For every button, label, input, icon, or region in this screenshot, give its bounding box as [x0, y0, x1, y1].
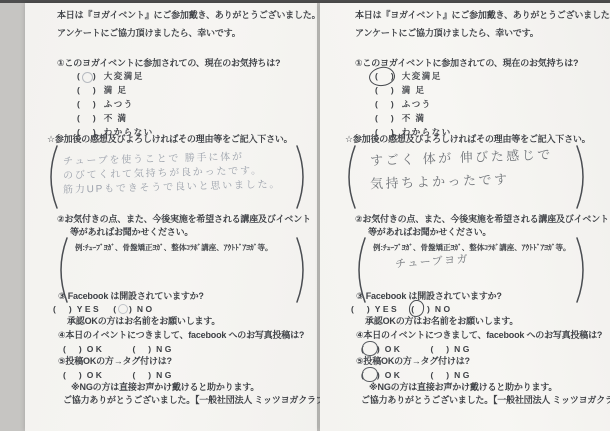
q1-option-neutral: () ふつう	[375, 98, 432, 110]
paren-close: )	[148, 344, 151, 354]
no-label: NO	[137, 304, 155, 314]
option-label: 大変満足	[104, 70, 144, 82]
intro-line-1: 本日は『ヨガイベント』にご参加戴き、ありがとうございました。	[57, 10, 320, 21]
q1-option-satisfied: () 満 足	[375, 84, 426, 96]
option-label: ふつう	[104, 98, 134, 110]
intro-line-1: 本日は『ヨガイベント』にご参加戴き、ありがとうございました。	[355, 10, 610, 21]
comment-bracket-left	[341, 144, 357, 210]
paren-close: )	[129, 304, 132, 314]
question-1-label: ①このヨガイベントに参加されての、現在のお気持ちは?	[57, 58, 280, 69]
ng-label: NG	[454, 370, 472, 380]
q1-option-unsatisfied: () 不 満	[77, 112, 128, 124]
q1-option-unsatisfied: () 不 満	[375, 112, 426, 124]
question-5-label: ⑤投稿OKの方→タグ付けは?	[58, 356, 172, 367]
paren-close: )	[391, 99, 394, 109]
ng-label: NG	[156, 370, 174, 380]
q3-no-selected-circle	[408, 299, 425, 317]
paren-close: )	[148, 370, 151, 380]
q4-ok-ng-row: () OK () NG	[63, 343, 174, 354]
question-4-label: ④本日のイベントにつきまして、facebook へのお写真投稿は?	[356, 330, 602, 341]
paren-close: )	[93, 99, 96, 109]
question-3-label: ③ Facebook は開設されていますか?	[356, 291, 502, 302]
question-3-note: 承認OKの方はお名前をお願いします。	[67, 316, 220, 327]
ng-note: ※NGの方は直接お声かけ戴けると助かります。	[369, 382, 557, 393]
question-3-label: ③ Facebook は開設されていますか?	[58, 291, 204, 302]
option-label: ふつう	[402, 98, 432, 110]
q1-option-very-satisfied: () 大変満足	[77, 70, 144, 82]
option-label: 大変満足	[402, 70, 442, 82]
option-label: 満 足	[402, 84, 426, 96]
paren-close: )	[93, 85, 96, 95]
option-label: 満 足	[104, 84, 128, 96]
q1-selected-circle	[82, 72, 93, 83]
question-2-label-line-2: 等があればお聞かせください。	[368, 227, 491, 238]
q5-ok-selected-circle	[361, 366, 378, 382]
q1-option-satisfied: () 満 足	[77, 84, 128, 96]
intro-line-2: アンケートにご協力頂けましたら、幸いです。	[355, 28, 539, 39]
paren-close: )	[79, 344, 82, 354]
yes-label: YES	[77, 304, 102, 314]
paren-close: )	[69, 304, 72, 314]
ok-label: OK	[87, 344, 105, 354]
question-2-label-line-1: ②お気付きの点、また、今後実施を希望される講座及びイベント	[57, 214, 311, 225]
question-2-label-line-1: ②お気付きの点、また、今後実施を希望される講座及びイベント	[355, 214, 609, 225]
question-2-example: 例:ﾁｭｰﾌﾞﾖｶﾞ、骨盤矯正ﾖｶﾞ、整体ｺﾗﾎﾞ講座、ｱｳﾄﾄﾞｱﾖｶﾞ等。	[373, 242, 571, 253]
survey-page-right: 本日は『ヨガイベント』にご参加戴き、ありがとうございました。 アンケートにご協力…	[320, 3, 610, 431]
q4-ok-selected-circle	[361, 340, 378, 356]
paren-close: )	[391, 85, 394, 95]
ng-label: NG	[156, 344, 174, 354]
q5-ok-ng-row: () OK () NG	[63, 369, 174, 380]
ok-label: OK	[385, 370, 403, 380]
handwritten-comment-line-2: 気持ちよかったです	[370, 169, 510, 193]
no-label: NO	[435, 304, 453, 314]
paren-close: )	[427, 304, 430, 314]
q3-no-selected-circle	[118, 304, 128, 314]
question-2-label-line-2: 等があればお聞かせください。	[70, 227, 193, 238]
q4-ok-ng-row: () OK () NG	[361, 343, 472, 354]
option-label: 不 満	[104, 112, 128, 124]
comment-prompt: ☆参加後の感想及びよろしければその理由等をご記入下さい。	[345, 134, 590, 145]
q3-yes-no-row: () YES () NO	[351, 303, 453, 314]
option-label: 不 満	[402, 112, 426, 124]
paren-close: )	[367, 304, 370, 314]
q1-option-very-satisfied: () 大変満足	[375, 70, 442, 82]
paren-close: )	[446, 344, 449, 354]
example-bracket-right	[575, 236, 591, 304]
closing-line: ご協力ありがとうございました。【一般社団法人 ミッツヨガクラブ】	[361, 395, 610, 406]
paren-close: )	[93, 113, 96, 123]
comment-bracket-left	[43, 144, 59, 210]
intro-line-2: アンケートにご協力頂けましたら、幸いです。	[57, 28, 241, 39]
paren-close: )	[391, 113, 394, 123]
question-2-example: 例:ﾁｭｰﾌﾞﾖｶﾞ、骨盤矯正ﾖｶﾞ、整体ｺﾗﾎﾞ講座、ｱｳﾄﾄﾞｱﾖｶﾞ等。	[75, 242, 273, 253]
paren-close: )	[446, 370, 449, 380]
ng-note: ※NGの方は直接お声かけ戴けると助かります。	[71, 382, 259, 393]
question-4-label: ④本日のイベントにつきまして、facebook へのお写真投稿は?	[58, 330, 304, 341]
yes-label: YES	[375, 304, 400, 314]
ng-label: NG	[454, 344, 472, 354]
handwritten-q2-answer: チューブヨガ	[395, 250, 470, 271]
survey-page-left: 本日は『ヨガイベント』にご参加戴き、ありがとうございました。 アンケートにご協力…	[25, 3, 317, 431]
example-bracket-right	[295, 236, 311, 304]
question-3-note: 承認OKの方はお名前をお願いします。	[365, 316, 518, 327]
ok-label: OK	[385, 344, 403, 354]
q1-option-neutral: () ふつう	[77, 98, 134, 110]
comment-bracket-right	[295, 144, 311, 210]
paren-close: )	[93, 71, 96, 81]
closing-line: ご協力ありがとうございました。【一般社団法人 ミッツヨガクラブ】	[63, 395, 334, 406]
q3-yes-no-row: () YES () NO	[53, 303, 155, 314]
question-5-label: ⑤投稿OKの方→タグ付けは?	[356, 356, 470, 367]
ok-label: OK	[87, 370, 105, 380]
scanned-survey-document: 本日は『ヨガイベント』にご参加戴き、ありがとうございました。 アンケートにご協力…	[0, 0, 610, 431]
comment-prompt: ☆参加後の感想及びよろしければその理由等をご記入下さい。	[47, 134, 292, 145]
paren-close: )	[79, 370, 82, 380]
comment-bracket-right	[575, 144, 591, 210]
q5-ok-ng-row: () OK () NG	[361, 369, 472, 380]
handwritten-comment-line-1: すごく 体が 伸びた感じで	[370, 144, 553, 169]
